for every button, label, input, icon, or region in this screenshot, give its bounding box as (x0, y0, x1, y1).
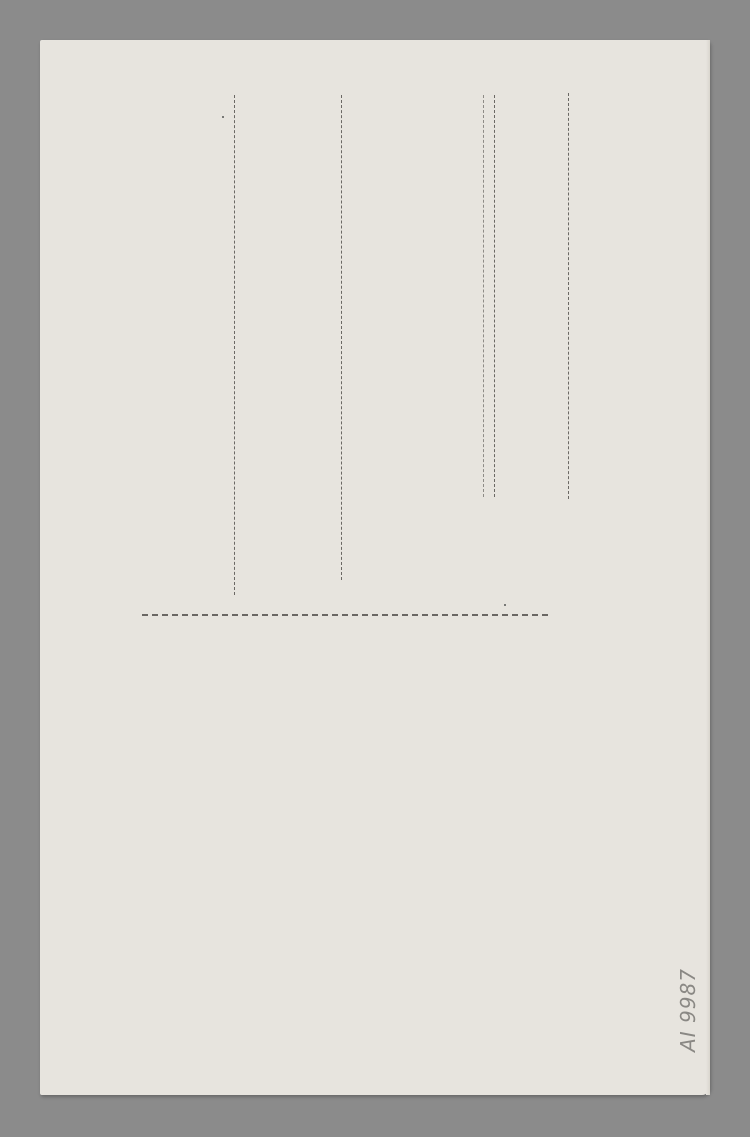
postcard-back (40, 40, 710, 1095)
dotted-line-5 (568, 93, 569, 499)
divider-line (142, 614, 548, 616)
inventory-number: AI 9987 (668, 940, 708, 1080)
ink-speck (222, 116, 224, 118)
dotted-line-1 (234, 95, 235, 595)
inventory-number-text: AI 9987 (676, 968, 700, 1052)
dotted-line-3 (483, 95, 484, 497)
ink-speck (504, 604, 506, 606)
dotted-line-2 (341, 95, 342, 580)
dotted-line-4 (494, 95, 495, 497)
